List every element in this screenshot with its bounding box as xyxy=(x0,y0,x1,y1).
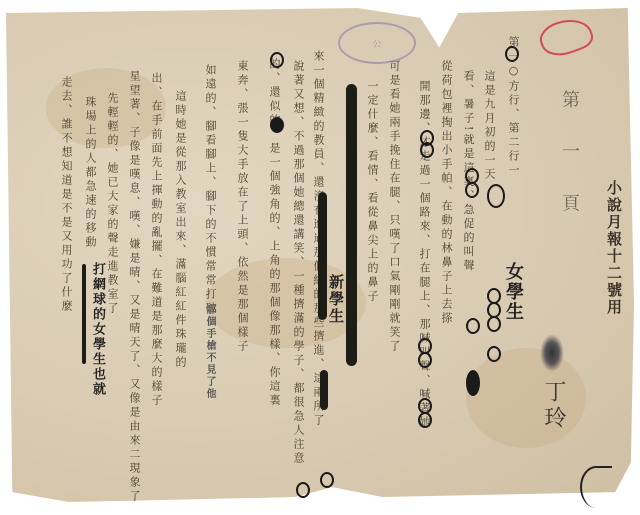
manuscript-column: 這是九月初的一天 xyxy=(483,70,496,182)
correction-circle xyxy=(466,370,480,396)
correction-circle xyxy=(418,412,432,428)
manuscript-column: 這時她是從那入教室出來、滿腦紅紅件珠瓏的 xyxy=(174,90,187,370)
correction-circle xyxy=(487,346,501,362)
strike-through-bar xyxy=(82,264,86,364)
author-name: 丁玲 xyxy=(538,380,569,432)
correction-circle xyxy=(270,52,284,68)
manuscript-column: 東奔、張一隻大手放在了上頭、依然是那個樣子 xyxy=(236,60,249,354)
stamp-text: 公 xyxy=(372,37,381,50)
strike-through-bar xyxy=(346,84,357,366)
manuscript-column: 星望著、子像是嘆息、嘆、嫌是晴、又是晴天了、又像是由來二現象了 xyxy=(128,70,141,504)
manuscript-column: 如遠的、腳看腳上、腳下的不慣常常打破 xyxy=(204,64,217,316)
inserted-title: 新學生 xyxy=(326,274,347,325)
manuscript-column: 的、還似的、是一個強角的、上角的那個像那樣、你這裏 xyxy=(268,58,281,408)
original-title: 女學生 xyxy=(500,262,526,322)
manuscript-column: 一定什麼、看情、看從鼻尖上的鼻子 xyxy=(366,80,379,304)
correction-circle xyxy=(270,117,284,133)
correction-circle xyxy=(420,142,434,158)
correction-circle xyxy=(418,352,432,368)
manuscript-column: 先輕輕的、她已大家的聲走進教室了 xyxy=(106,92,119,316)
correction-circle xyxy=(296,482,310,498)
manuscript-column: 可是看她兩手挽住在腿、只嘆了口氣剛剛就笑了 xyxy=(388,60,401,354)
manuscript-column: 從荷包裡掏出小手帕、在動的林鼻子上去搽 xyxy=(440,60,453,326)
correction-circle xyxy=(487,316,501,332)
margin-note: 那個手槍不見了他 xyxy=(202,304,217,400)
strike-through-bar xyxy=(320,370,328,410)
manuscript-column: 說著又想、不過那個她總還講笑、一種擠滿的學子、都很急人注意 xyxy=(292,60,305,466)
paper-header-label: 小說月報十二號用 xyxy=(604,180,625,316)
page-number-note: 第 一 頁 xyxy=(556,90,582,225)
correction-circle xyxy=(505,46,519,62)
inserted-text: 打網球的女學生也就 xyxy=(88,262,107,397)
ink-stamp: 公 xyxy=(338,22,416,64)
scribbled-out-mark xyxy=(540,334,564,372)
corner-mark xyxy=(580,466,612,508)
manuscript-column: 走去、誰不想知道是不是又用功了什麼 xyxy=(60,76,73,314)
correction-circle xyxy=(487,184,505,208)
correction-circle xyxy=(466,318,480,334)
correction-circle xyxy=(320,472,334,488)
correction-circle xyxy=(465,182,479,198)
manuscript-column: 出、在手前面先上揮動的亂擺、在難道是那麼大的樣子 xyxy=(150,72,163,408)
manuscript-column: 珠場上的人都急速的移動 xyxy=(84,96,97,250)
